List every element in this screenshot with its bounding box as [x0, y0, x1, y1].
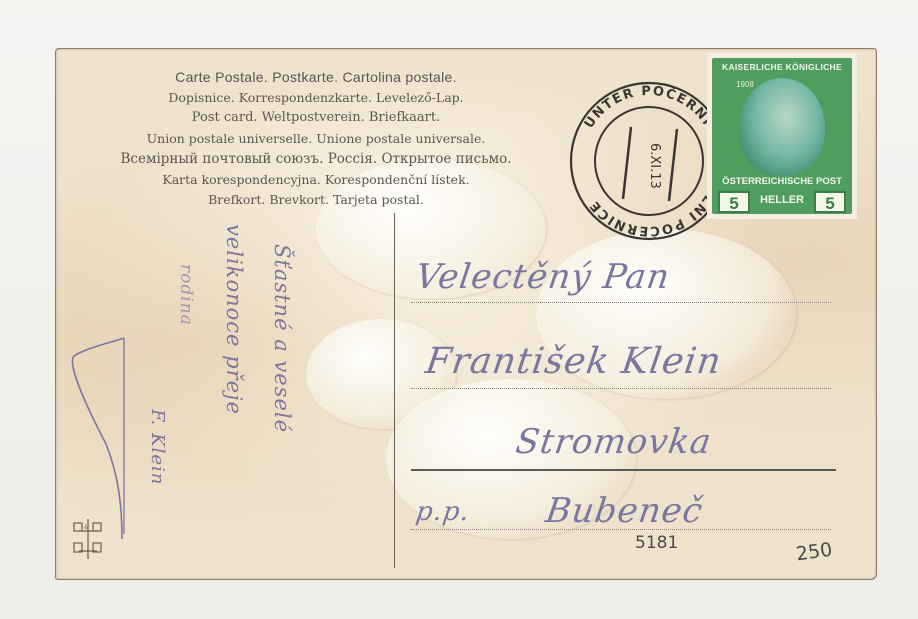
header-line: Union postale universelle. Unione postal…	[56, 129, 576, 150]
stamp-top-text: KAISERLICHE KÖNIGLICHE	[712, 62, 852, 72]
address-line	[411, 388, 831, 389]
stamp-value-right: 5	[814, 191, 846, 213]
stamp-denomination: HELLER	[754, 194, 810, 206]
header-line: Всемірный почтовый союзъ. Россія. Открыт…	[56, 149, 576, 170]
address-street: Stromovka	[513, 422, 714, 462]
center-divider	[394, 213, 395, 568]
header-line: Carte Postale. Postkarte. Cartolina post…	[56, 67, 576, 88]
address-recipient-title: Velectěný Pan	[413, 257, 672, 297]
postcard-header: Carte Postale. Postkarte. Cartolina post…	[56, 67, 576, 211]
header-line: Karta korespondencyjna. Korespondenční l…	[56, 170, 576, 191]
pencil-price: 250	[795, 539, 834, 566]
header-line: Dopisnice. Korrespondenzkarte. Levelező-…	[56, 88, 576, 109]
svg-text:&: &	[84, 524, 89, 531]
address-recipient-name: František Klein	[423, 341, 724, 382]
address-town: Bubeneč	[543, 491, 705, 531]
stamp-portrait	[739, 78, 825, 176]
stamp-value-left: 5	[718, 191, 750, 213]
message-line-1: Šťastné a veselé	[270, 244, 294, 433]
publisher-logo-icon: &	[71, 517, 105, 563]
postage-stamp: 1908 KAISERLICHE KÖNIGLICHE ÖSTERREICHIS…	[707, 53, 857, 219]
address-line-solid	[411, 469, 836, 471]
stamp-frame: 1908 KAISERLICHE KÖNIGLICHE ÖSTERREICHIS…	[712, 58, 852, 214]
postcard: Carte Postale. Postkarte. Cartolina post…	[55, 48, 877, 580]
message-signature: F. Klein	[147, 409, 168, 485]
signature-flourish	[66, 334, 136, 544]
stamp-year: 1908	[736, 80, 754, 89]
pencil-reference-number: 5181	[635, 533, 678, 553]
message-line-3: rodina	[176, 264, 196, 326]
header-line: Post card. Weltpostverein. Briefkaart.	[56, 108, 576, 129]
address-line	[411, 302, 831, 303]
message-line-2: velikonoce přeje	[222, 224, 246, 415]
header-line: Brefkort. Brevkort. Tarjeta postal.	[56, 190, 576, 211]
stamp-bottom-text: ÖSTERREICHISCHE POST	[712, 176, 852, 187]
address-pp-prefix: p.p.	[414, 497, 472, 527]
svg-text:6.XI.13: 6.XI.13	[647, 143, 662, 189]
postmark-cancel: UNTER POČERNITZ ✿ DOLNÍ POČERNICE 6.XI.1…	[569, 81, 729, 241]
